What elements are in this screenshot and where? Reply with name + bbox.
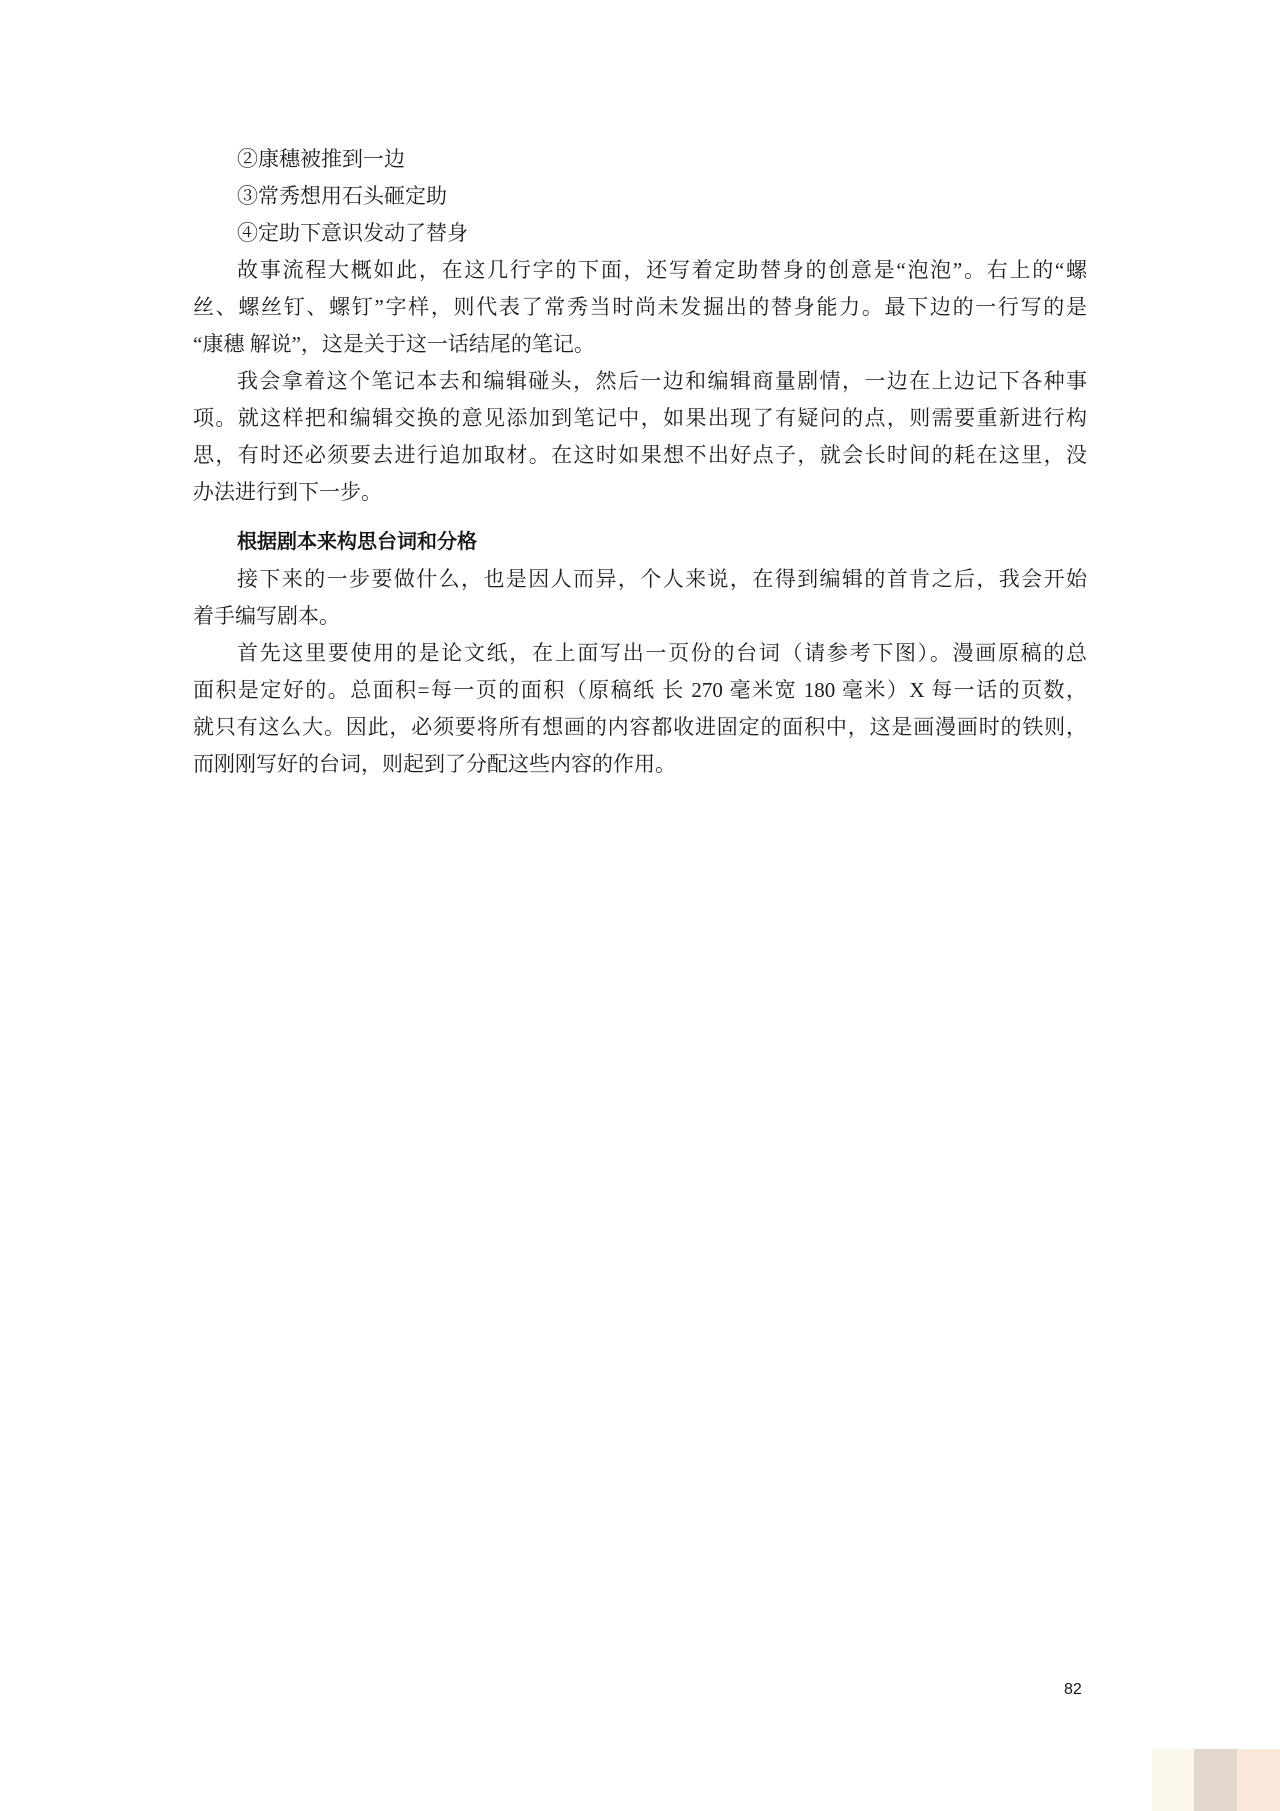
script-section: 接下来的一步要做什么，也是因人而异，个人来说，在得到编辑的首肯之后，我会开始 着… — [193, 561, 1087, 783]
section-heading-row: 根据剧本来构思台词和分格 — [193, 524, 1087, 561]
story-notes-section: ②康穗被推到一边 ③常秀想用石头砸定助 ④定助下意识发动了替身 故事流程大概如此… — [193, 141, 1087, 511]
page-corner-artifact — [1152, 1749, 1280, 1811]
section-heading: 根据剧本来构思台词和分格 — [193, 524, 1087, 561]
body-text-line: 着手编写剧本。 — [193, 598, 1087, 635]
story-step-line: ②康穗被推到一边 — [193, 141, 1087, 178]
body-text-line: 项。就这样把和编辑交换的意见添加到笔记中，如果出现了有疑问的点，则需要重新进行构 — [193, 400, 1087, 437]
page-number: 82 — [1064, 1678, 1082, 1702]
body-text-line: 丝、螺丝钉、螺钉”字样，则代表了常秀当时尚未发掘出的替身能力。最下边的一行写的是 — [193, 289, 1087, 326]
body-text-line: 办法进行到下一步。 — [193, 474, 1087, 511]
body-text-line: 首先这里要使用的是论文纸，在上面写出一页份的台词（请参考下图）。漫画原稿的总 — [193, 635, 1087, 672]
body-text-line: 就只有这么大。因此，必须要将所有想画的内容都收进固定的面积中，这是画漫画时的铁则… — [193, 709, 1087, 746]
body-text-line: 接下来的一步要做什么，也是因人而异，个人来说，在得到编辑的首肯之后，我会开始 — [193, 561, 1087, 598]
body-text-line: 而刚刚写好的台词，则起到了分配这些内容的作用。 — [193, 746, 1087, 783]
body-text-line: 思，有时还必须要去进行追加取材。在这时如果想不出好点子，就会长时间的耗在这里，没 — [193, 437, 1087, 474]
body-text-line: 面积是定好的。总面积=每一页的面积（原稿纸 长 270 毫米宽 180 毫米）X… — [193, 672, 1087, 709]
scan-artifact-swatch — [1237, 1749, 1280, 1811]
scan-artifact-swatch — [1194, 1749, 1237, 1811]
scan-artifact-swatch — [1152, 1749, 1194, 1811]
story-step-line: ④定助下意识发动了替身 — [193, 215, 1087, 252]
body-text-line: 我会拿着这个笔记本去和编辑碰头，然后一边和编辑商量剧情，一边在上边记下各种事 — [193, 363, 1087, 400]
document-page: ②康穗被推到一边 ③常秀想用石头砸定助 ④定助下意识发动了替身 故事流程大概如此… — [0, 0, 1280, 1811]
story-step-line: ③常秀想用石头砸定助 — [193, 178, 1087, 215]
body-text-line: 故事流程大概如此，在这几行字的下面，还写着定助替身的创意是“泡泡”。右上的“螺 — [193, 252, 1087, 289]
body-text-line: “康穗 解说”，这是关于这一话结尾的笔记。 — [193, 326, 1087, 363]
